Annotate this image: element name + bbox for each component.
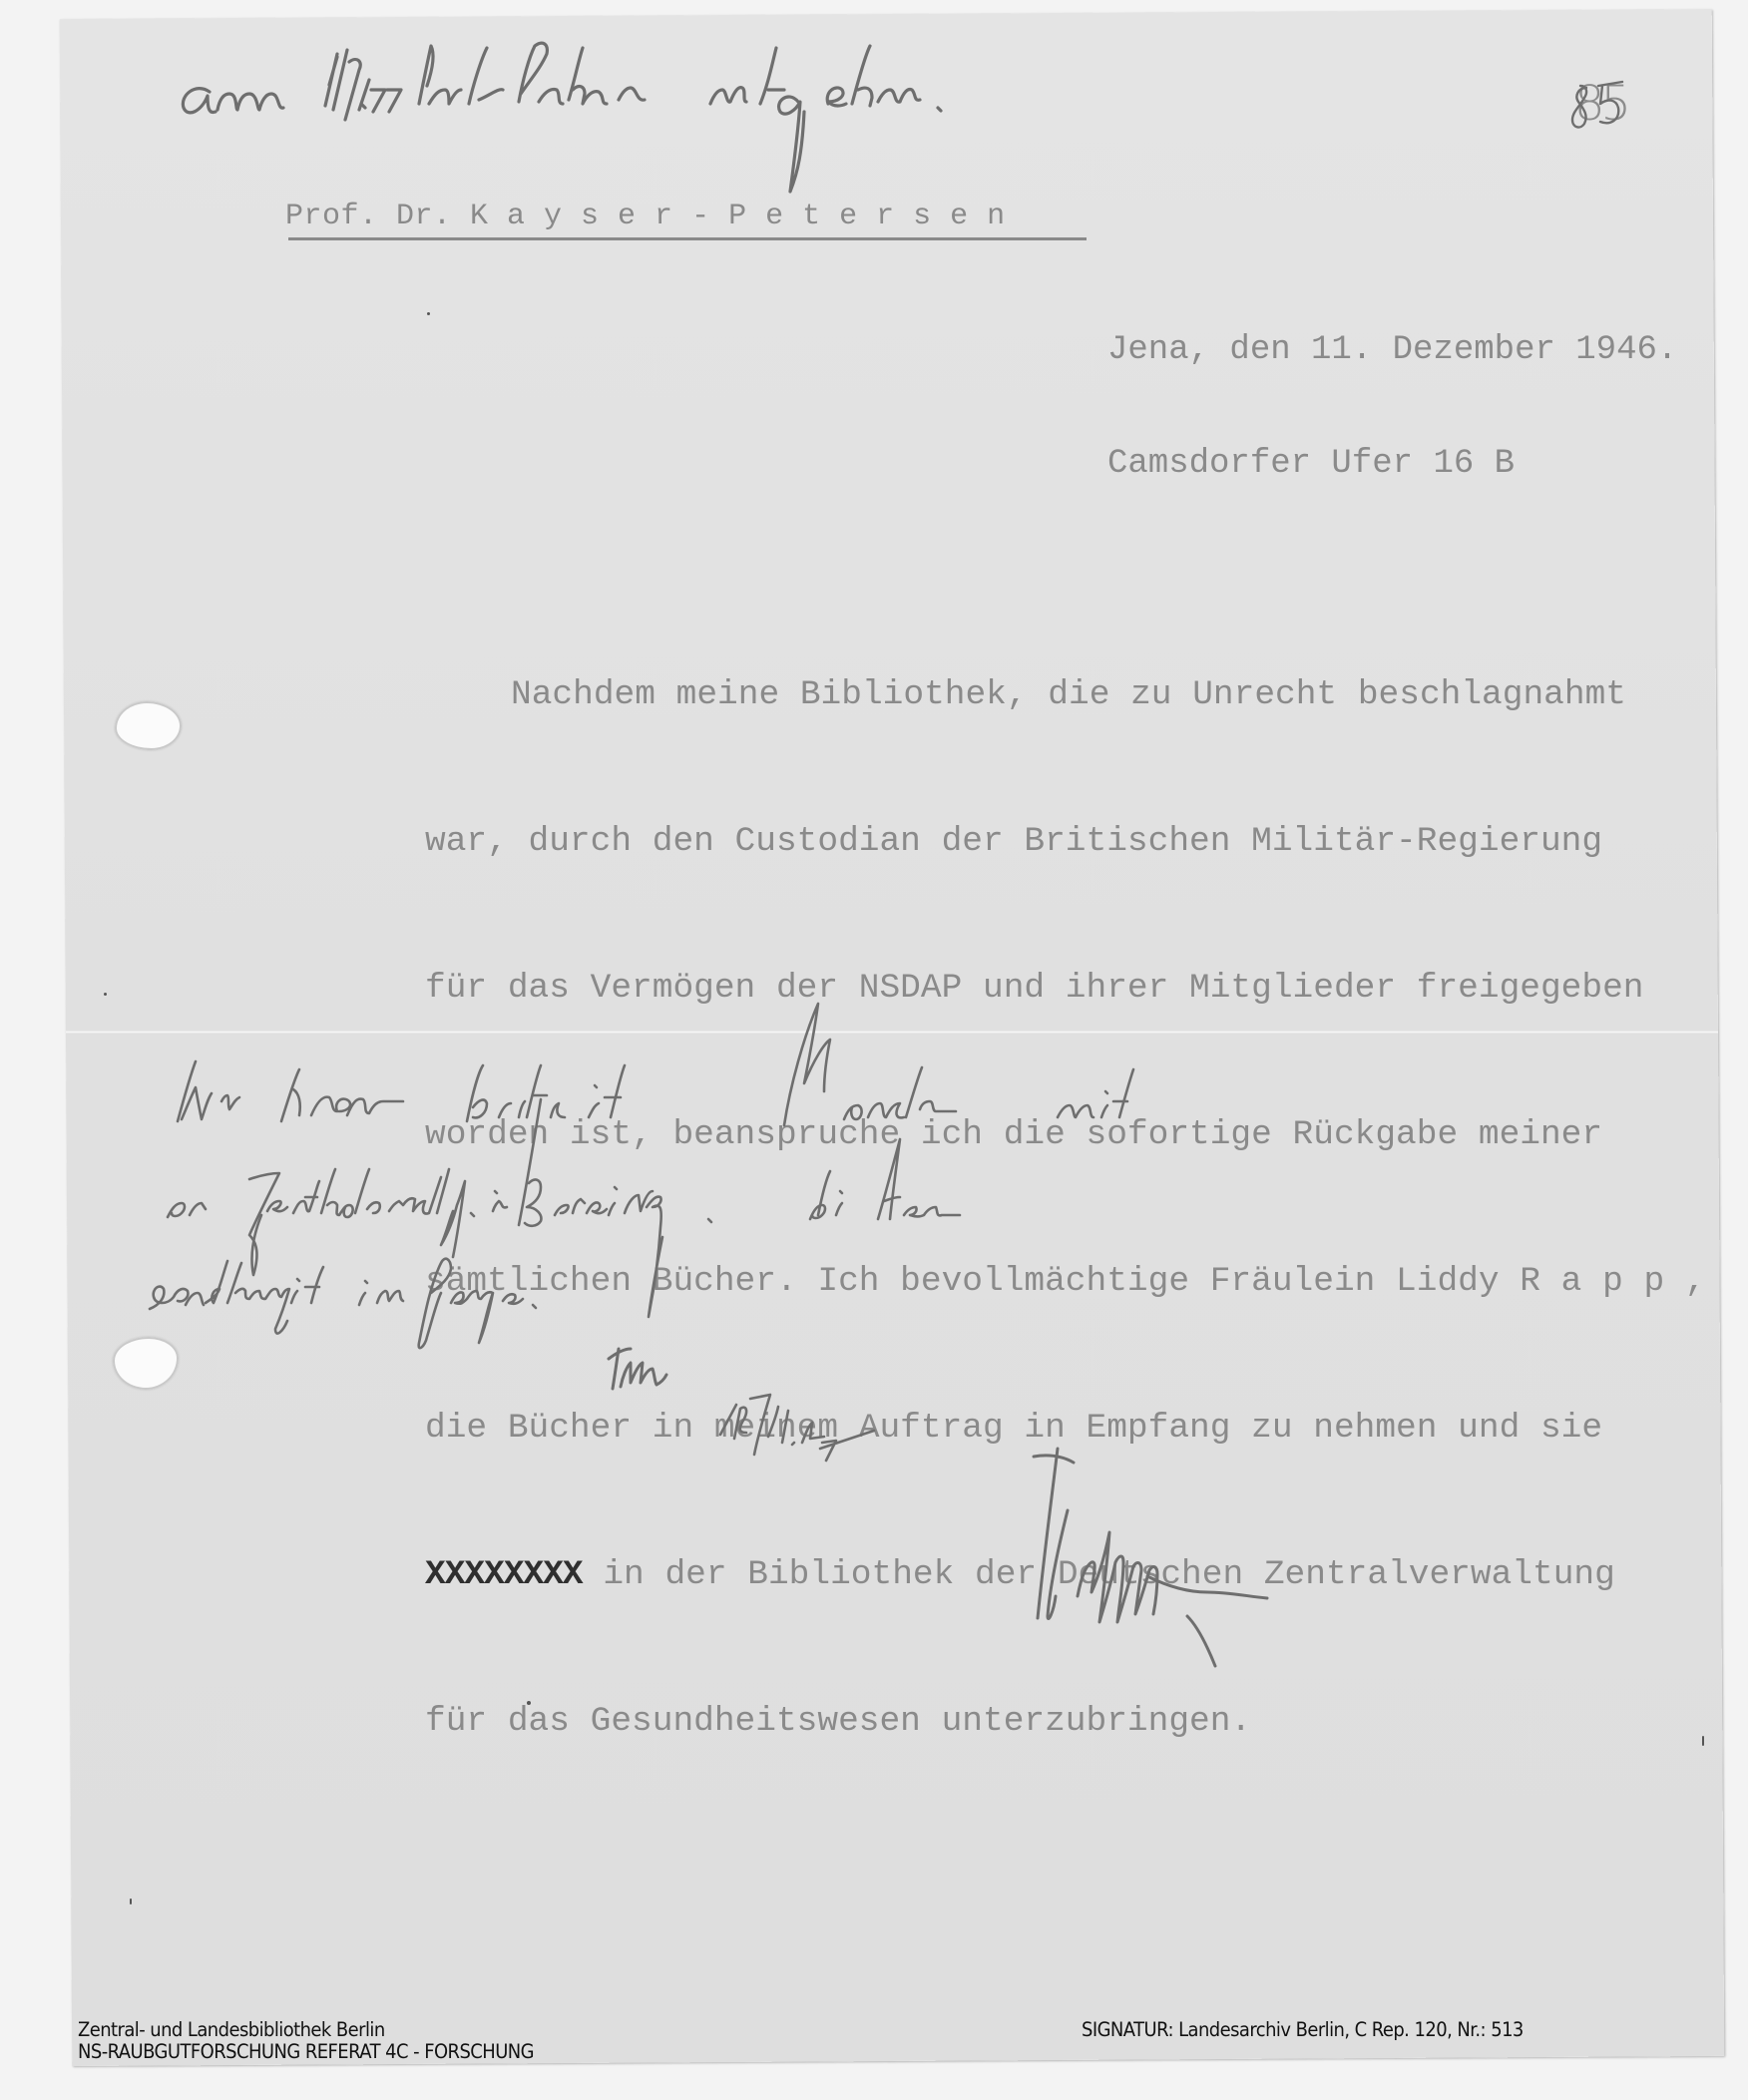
body-line: für das Gesundheitswesen unterzubringen. — [425, 1697, 1706, 1746]
handwritten-date: 18/III.47 — [720, 1402, 883, 1448]
punch-hole-top — [115, 701, 182, 750]
footer-institution: Zentral- und Landesbibliothek Berlin — [78, 2019, 534, 2041]
top-annotation-text: am 16/1.47 durch Boten übergeben. — [183, 40, 1272, 110]
handwritten-note-line: sonderung ist im Gange. — [150, 1255, 739, 1311]
paper-speck — [427, 312, 430, 315]
handwritten-initials: Tm — [614, 1352, 683, 1403]
paper-speck — [130, 1898, 132, 1904]
redacted-word: XXXXXXXX — [425, 1555, 583, 1594]
signature-text: Kayser-Petersen — [1038, 1516, 1521, 1586]
footer-department: NS-RAUBGUTFORSCHUNG REFERAT 4C - FORSCHU… — [78, 2041, 534, 2063]
body-line: die Bücher in meinem Auftrag in Empfang … — [425, 1404, 1706, 1453]
footer-signature-reference: SIGNATUR: Landesarchiv Berlin, C Rep. 12… — [1082, 2019, 1524, 2041]
handwritten-note-line: der Zentralverwaltg. in Verbindung. Die … — [170, 1165, 1240, 1221]
place-date-line: Jena, den 11. Dezember 1946. — [1107, 331, 1677, 369]
paper-speck — [104, 993, 107, 996]
letterhead-sender: Prof. Dr. K a y s e r - P e t e r s e n — [285, 200, 1006, 233]
place-date-block: Jena, den 11. Dezember 1946. Camsdorfer … — [1107, 255, 1677, 521]
address-line: Camsdorfer Ufer 16 B — [1107, 445, 1677, 483]
body-line: war, durch den Custodian der Britischen … — [425, 817, 1706, 866]
page-number: 85 — [1574, 76, 1627, 132]
footer-left: Zentral- und Landesbibliothek Berlin NS-… — [78, 2019, 534, 2063]
footer-right: SIGNATUR: Landesarchiv Berlin, C Rep. 12… — [1082, 2019, 1524, 2041]
body-line: für das Vermögen der NSDAP und ihrer Mit… — [425, 964, 1706, 1013]
body-line: Nachdem meine Bibliothek, die zu Unrecht… — [425, 670, 1706, 719]
handwritten-note-line: Wir stehen bereits seit Monaten mit — [170, 1067, 1028, 1123]
letterhead-underline — [288, 237, 1087, 240]
